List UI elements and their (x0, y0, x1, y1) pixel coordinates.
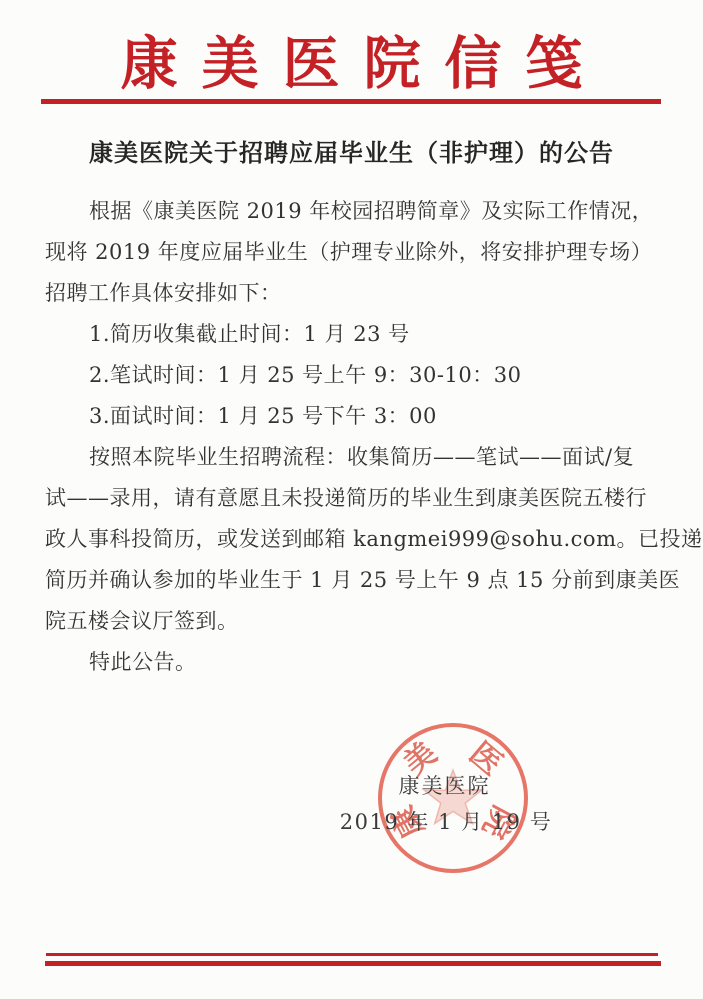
scanned-document-page: 康美医院信笺 康美医院关于招聘应届毕业生（非护理）的公告 根据《康美医院 201… (0, 0, 703, 999)
body-line-list-item: 2.笔试时间：1 月 25 号上午 9：30-10：30 (45, 355, 663, 396)
body-line-list-item: 3.面试时间：1 月 25 号下午 3：00 (45, 396, 663, 437)
signature-date: 2019 年 1 月 19 号 (330, 806, 562, 836)
footer-rule-thick (45, 961, 661, 966)
body-line: 现将 2019 年度应届毕业生（护理专业除外，将安排护理专场） (45, 232, 663, 273)
notice-body: 根据《康美医院 2019 年校园招聘简章》及实际工作情况， 现将 2019 年度… (45, 191, 663, 683)
body-line: 招聘工作具体安排如下： (45, 273, 663, 314)
body-line-closing: 特此公告。 (45, 642, 663, 683)
body-line: 根据《康美医院 2019 年校园招聘简章》及实际工作情况， (45, 191, 663, 232)
body-line-list-item: 1.简历收集截止时间：1 月 23 号 (45, 314, 663, 355)
body-line: 简历并确认参加的毕业生于 1 月 25 号上午 9 点 15 分前到康美医 (45, 560, 663, 601)
body-line: 按照本院毕业生招聘流程：收集简历——笔试——面试/复 (45, 437, 663, 478)
signature-organization: 康美医院 (352, 770, 537, 800)
notice-title: 康美医院关于招聘应届毕业生（非护理）的公告 (0, 133, 703, 168)
footer-rule-thin (46, 953, 658, 956)
body-line: 政人事科投简历，或发送到邮箱 kangmei999@sohu.com。已投递 (45, 519, 663, 560)
body-line: 院五楼会议厅签到。 (45, 601, 663, 642)
letterhead-title: 康美医院信笺 (0, 18, 703, 100)
letterhead-divider-rule (41, 99, 661, 104)
body-line: 试——录用，请有意愿且未投递简历的毕业生到康美医院五楼行 (45, 478, 663, 519)
